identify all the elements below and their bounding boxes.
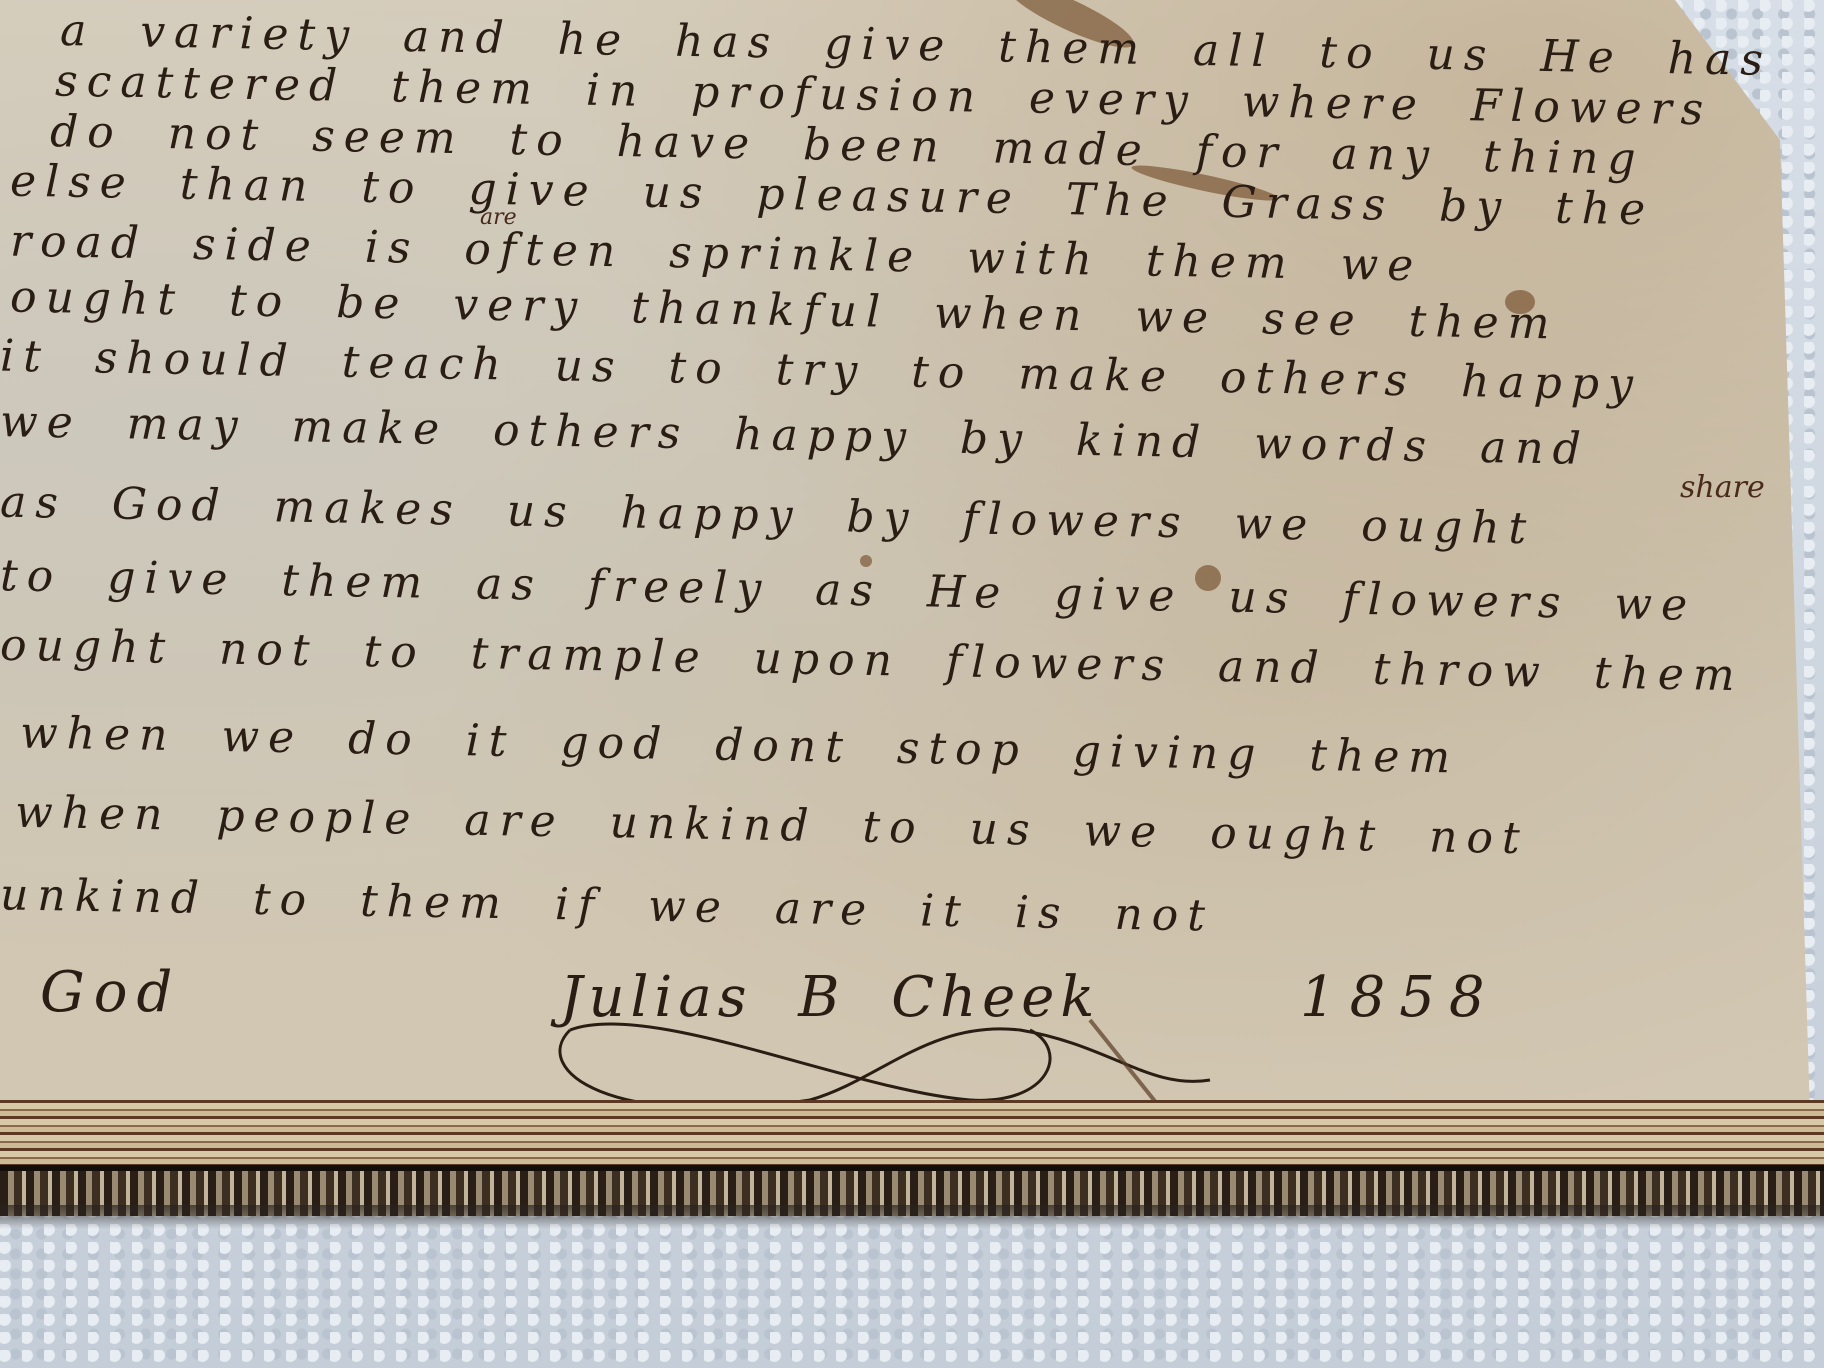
page-edges xyxy=(0,1100,1824,1170)
book-shadow xyxy=(0,1205,1824,1229)
insertion-are: are xyxy=(480,205,517,230)
manuscript-line-god: God xyxy=(40,960,181,1025)
insertion-share: share xyxy=(1680,470,1765,505)
